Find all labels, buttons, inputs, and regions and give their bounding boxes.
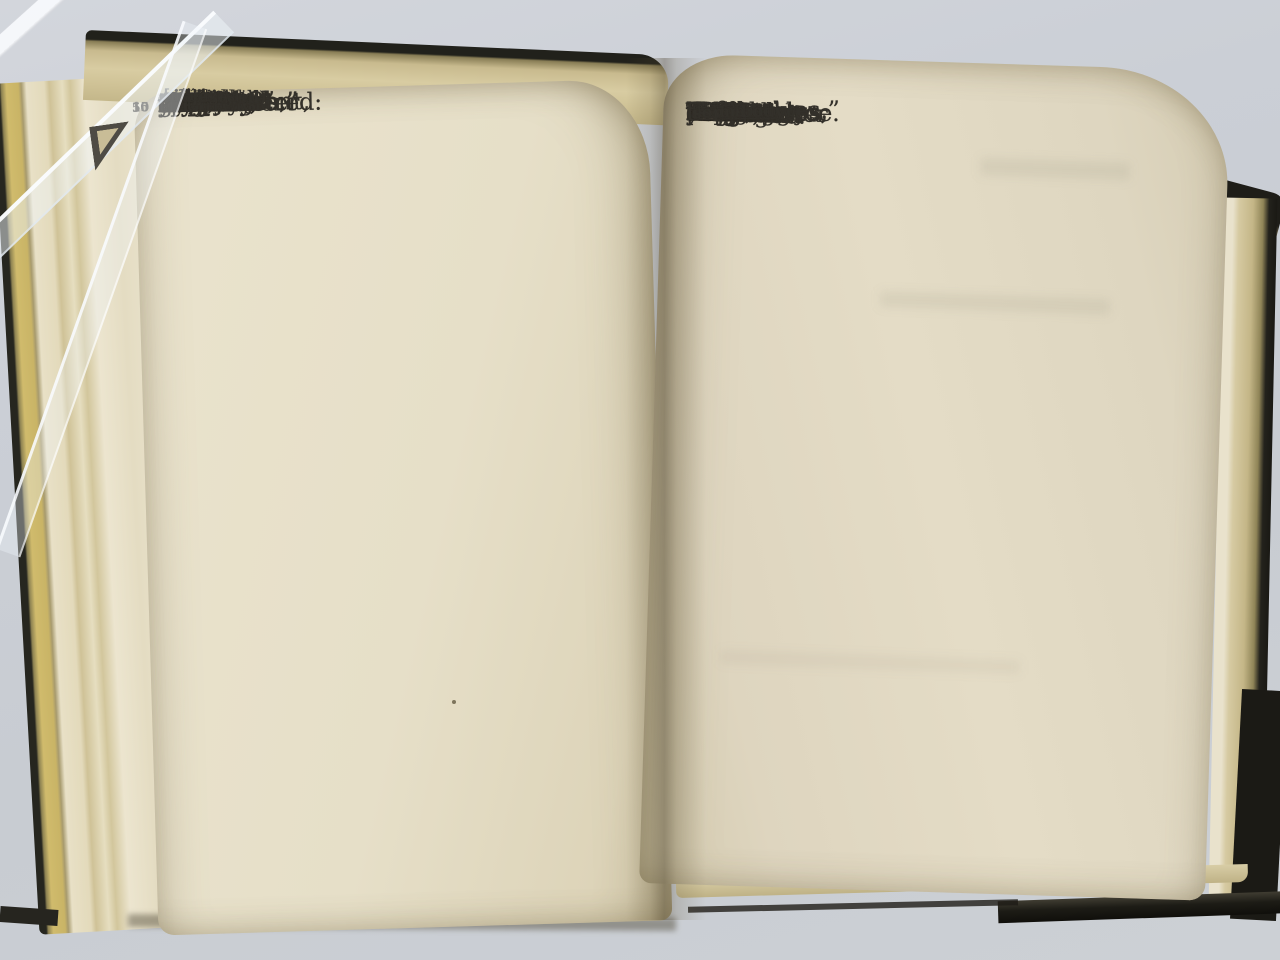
- margin-line-number: 15: [132, 99, 149, 114]
- book-cover-bottom-left: [0, 906, 58, 926]
- book-cover-bottom-line: [688, 899, 1018, 912]
- vocab-phonetics: [mǽdʒəsti]: [164, 86, 253, 105]
- vocab-phonetics: [sʌ́mbədi]: [692, 101, 775, 121]
- clip-dark-triangle: [89, 121, 135, 170]
- right-page: [639, 53, 1231, 900]
- book-photo-scene: — 68 — wasalwaysthinkingofwaysbywhichhec…: [0, 0, 1280, 960]
- paper-speck: [452, 700, 456, 704]
- vocabulary-row: remain(ed)[riméin-d]silent[sáilənt]majes…: [158, 86, 170, 111]
- vocabulary-row: expect [ekspékt]somebody [sʌ́mbədi]: [686, 103, 699, 128]
- acrylic-corner-clip: [89, 121, 135, 170]
- left-page: [134, 79, 673, 936]
- acrylic-strip-small: [0, 0, 84, 59]
